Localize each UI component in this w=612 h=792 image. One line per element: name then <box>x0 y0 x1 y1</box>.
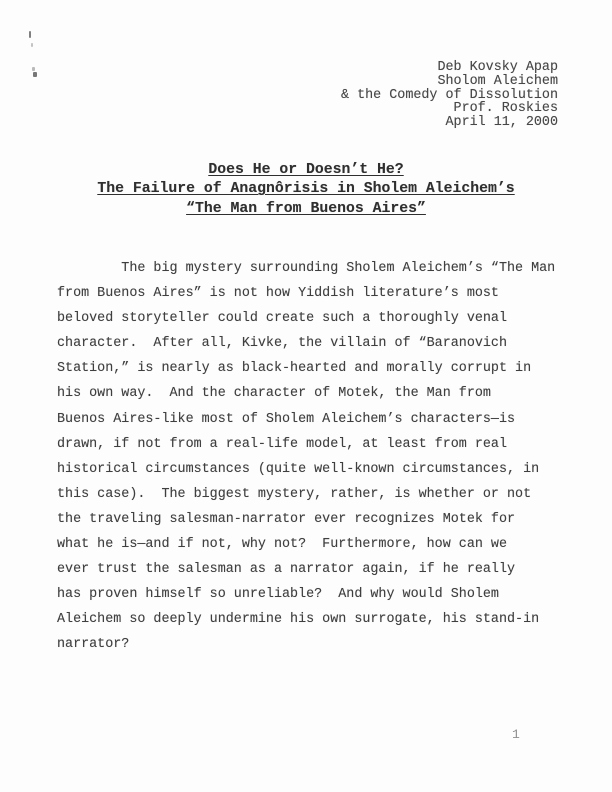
title-line: The Failure of Anagnôrisis in Sholem Ale… <box>0 180 612 199</box>
body-line: The big mystery surrounding Sholem Aleic… <box>57 256 557 281</box>
scan-artifact <box>29 31 31 38</box>
body-line: his own way. And the character of Motek,… <box>57 381 557 406</box>
scan-artifact <box>32 67 35 71</box>
header-line: Prof. Roskies <box>341 102 558 116</box>
body-paragraph: The big mystery surrounding Sholem Aleic… <box>57 256 557 658</box>
scan-artifact <box>33 72 37 77</box>
body-line: from Buenos Aires” is not how Yiddish li… <box>57 281 557 306</box>
header-line: April 11, 2000 <box>341 116 558 130</box>
body-line: character. After all, Kivke, the villain… <box>57 331 557 356</box>
body-line: narrator? <box>57 632 557 657</box>
body-line: Aleichem so deeply undermine his own sur… <box>57 607 557 632</box>
body-line: Station,” is nearly as black-hearted and… <box>57 356 557 381</box>
header-line: Deb Kovsky Apap <box>341 61 558 75</box>
body-line: beloved storyteller could create such a … <box>57 306 557 331</box>
paper-title: Does He or Doesn’t He?The Failure of Ana… <box>0 161 612 219</box>
body-line: has proven himself so unreliable? And wh… <box>57 582 557 607</box>
scan-artifact <box>31 43 33 47</box>
header-line: & the Comedy of Dissolution <box>341 89 558 103</box>
page-number: 1 <box>512 727 520 742</box>
title-line: “The Man from Buenos Aires” <box>0 200 612 219</box>
author-course-header: Deb Kovsky ApapSholom Aleichem& the Come… <box>341 61 558 130</box>
body-line: this case). The biggest mystery, rather,… <box>57 482 557 507</box>
title-line: Does He or Doesn’t He? <box>0 161 612 180</box>
body-line: drawn, if not from a real-life model, at… <box>57 432 557 457</box>
body-line: historical circumstances (quite well-kno… <box>57 457 557 482</box>
header-line: Sholom Aleichem <box>341 75 558 89</box>
body-line: the traveling salesman-narrator ever rec… <box>57 507 557 532</box>
body-line: Buenos Aires-like most of Sholem Aleiche… <box>57 407 557 432</box>
body-line: what he is—and if not, why not? Furtherm… <box>57 532 557 557</box>
scanned-document-page: Deb Kovsky ApapSholom Aleichem& the Come… <box>0 0 612 792</box>
body-line: ever trust the salesman as a narrator ag… <box>57 557 557 582</box>
